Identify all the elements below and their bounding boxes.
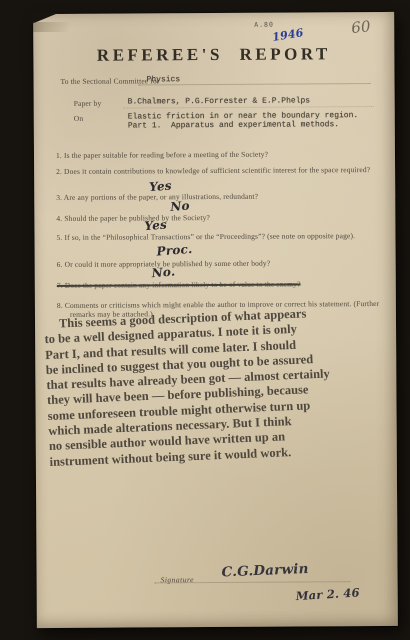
report-title: REFEREE'S REPORT (33, 44, 394, 66)
committee-value: Physics (147, 75, 181, 85)
question-6: 6. Or could it more appropriately be pub… (57, 258, 382, 269)
paper-title-line2: Part 1. Apparatus and experimental metho… (128, 120, 339, 131)
year-annotation: 1946 (271, 26, 304, 44)
corner-page-number: 60 (350, 17, 371, 37)
question-5: 5. If so, in the “Philosophical Transact… (56, 231, 381, 242)
answer-5: Proc. (156, 242, 193, 259)
paper-by-label: Paper by (74, 99, 102, 108)
scanned-referee-report: { "page": { "form_code": "A.80", "year_n… (0, 0, 410, 640)
question-7-struck-out: 7. Does the paper contain any informatio… (57, 279, 382, 290)
signature-date: Mar 2. 46 (295, 585, 360, 603)
on-label: On (74, 114, 84, 123)
answer-6: No. (151, 264, 176, 280)
report-page: A.80 1946 60 REFEREE'S REPORT To the Sec… (33, 12, 398, 628)
answer-4: Yes (144, 218, 168, 234)
form-code: A.80 (254, 21, 274, 29)
signature-rule (155, 580, 351, 583)
handwritten-comment: This seems a good description of what ap… (44, 303, 402, 470)
question-2: 2. Does it contain contributions to know… (56, 165, 381, 176)
signature-value: C.G.Darwin (221, 561, 309, 581)
answer-3: No (170, 199, 190, 214)
authors-value: B.Chalmers, P.G.Forrester & E.P.Phelps (128, 96, 310, 107)
question-4: 4. Should the paper be published by the … (56, 212, 381, 223)
question-1: 1. Is the paper suitable for reading bef… (56, 149, 381, 160)
question-3: 3. Are any portions of the paper, or any… (56, 191, 381, 202)
